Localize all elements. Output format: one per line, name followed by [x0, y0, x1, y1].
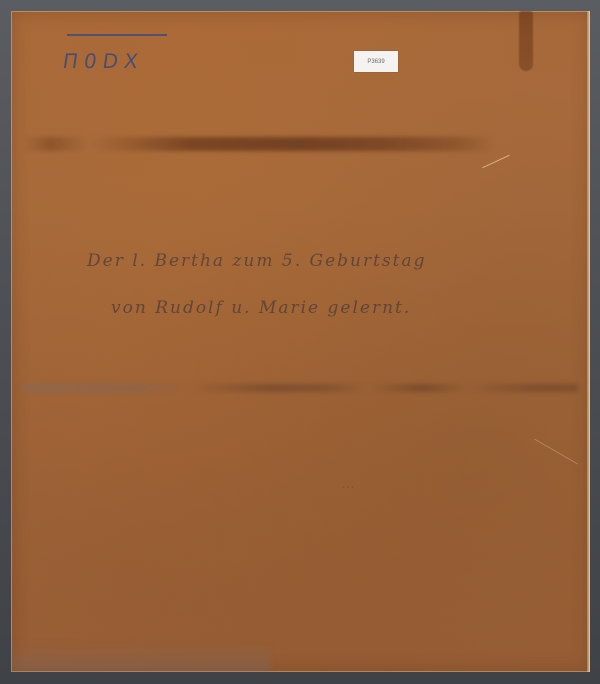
label-sticker: P3639 — [354, 51, 398, 72]
middle-stain-band — [23, 384, 578, 392]
inscription-line-1: Der l. Bertha zum 5. Geburtstag — [87, 251, 427, 271]
scratch-mark — [534, 439, 578, 465]
inscription-line-2: von Rudolf u. Marie gelernt. — [111, 298, 411, 318]
inventory-code: П0DX — [61, 49, 145, 73]
upper-stain-band — [23, 137, 578, 151]
faint-pencil-note: … — [341, 476, 357, 492]
scratch-mark — [482, 155, 510, 169]
panel-edge — [587, 11, 590, 672]
bottom-edge-wear — [11, 642, 271, 672]
panel-reverse: П0DX P3639 Der l. Bertha zum 5. Geburtst… — [11, 11, 590, 672]
drip-stain — [519, 11, 533, 71]
inventory-underline — [67, 34, 167, 36]
